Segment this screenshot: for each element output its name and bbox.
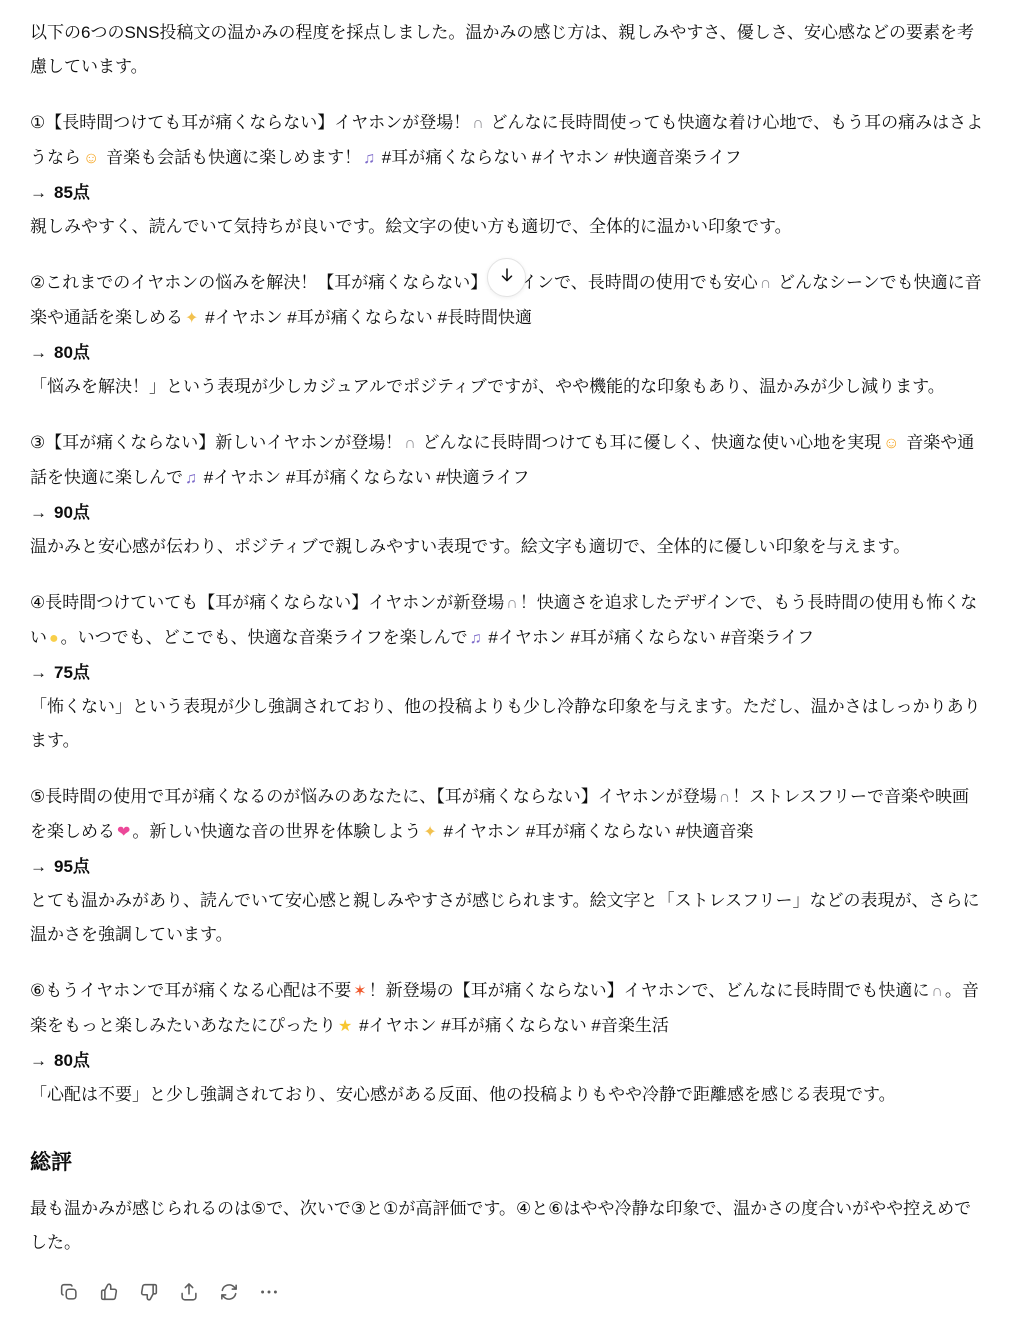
summary-heading: 総評 (30, 1148, 985, 1178)
assistant-message: 以下の6つのSNS投稿文の温かみの程度を採点しました。温かみの感じ方は、親しみや… (0, 0, 1012, 1326)
arrow: → (30, 1051, 47, 1070)
intro-paragraph: 以下の6つのSNS投稿文の温かみの程度を採点しました。温かみの感じ方は、親しみや… (30, 16, 985, 84)
copy-button[interactable] (52, 1276, 86, 1308)
thumbs-down-icon (138, 1281, 160, 1303)
post-evaluation-section-3: ③【耳が痛くならない】新しいイヤホンが登場！∩ どんなに長時間つけても耳に優しく… (30, 426, 985, 564)
share-icon (178, 1281, 200, 1303)
score-line: →85点 (30, 176, 985, 210)
post-evaluation-section-6: ⑥もうイヤホンで耳が痛くなる心配は不要✶！新登場の【耳が痛くならない】イヤホンで… (30, 974, 985, 1112)
score-value: 95点 (54, 857, 90, 876)
arrow: → (30, 183, 47, 202)
score-comment: 「心配は不要」と少し強調されており、安心感がある反面、他の投稿よりもやや冷静で距… (30, 1078, 985, 1112)
score-value: 85点 (54, 183, 90, 202)
score-line: →90点 (30, 496, 985, 530)
score-line: →75点 (30, 656, 985, 690)
post-text: ⑤長時間の使用で耳が痛くなるのが悩みのあなたに、【耳が痛くならない】イヤホンが登… (30, 780, 985, 850)
score-comment: 温かみと安心感が伝わり、ポジティブで親しみやすい表現です。絵文字も適切で、全体的… (30, 530, 985, 564)
post-text: ③【耳が痛くならない】新しいイヤホンが登場！∩ どんなに長時間つけても耳に優しく… (30, 426, 985, 496)
post-text: ④長時間つけていても【耳が痛くならない】イヤホンが新登場∩！快適さを追求したデザ… (30, 586, 985, 656)
score-line: →80点 (30, 1044, 985, 1078)
post-evaluation-section-1: ①【長時間つけても耳が痛くならない】イヤホンが登場！∩ どんなに長時間使っても快… (30, 106, 985, 244)
summary-text: 最も温かみが感じられるのは⑤で、次いで③と①が高評価です。④と⑥はやや冷静な印象… (30, 1192, 985, 1260)
post-text: ①【長時間つけても耳が痛くならない】イヤホンが登場！∩ どんなに長時間使っても快… (30, 106, 985, 176)
score-value: 80点 (54, 343, 90, 362)
score-value: 90点 (54, 503, 90, 522)
good-response-button[interactable] (92, 1276, 126, 1308)
bad-response-button[interactable] (132, 1276, 166, 1308)
thumbs-up-icon (98, 1281, 120, 1303)
arrow: → (30, 663, 47, 682)
more-actions-button[interactable] (252, 1276, 286, 1308)
message-action-bar (52, 1276, 985, 1326)
scroll-to-bottom-button[interactable] (487, 258, 526, 297)
score-comment: 親しみやすく、読んでいて気持ちが良いです。絵文字の使い方も適切で、全体的に温かい… (30, 210, 985, 244)
arrow: → (30, 503, 47, 522)
share-button[interactable] (172, 1276, 206, 1308)
arrow: → (30, 343, 47, 362)
score-comment: とても温かみがあり、読んでいて安心感と親しみやすさが感じられます。絵文字と「スト… (30, 884, 985, 952)
score-line: →95点 (30, 850, 985, 884)
post-evaluation-section-5: ⑤長時間の使用で耳が痛くなるのが悩みのあなたに、【耳が痛くならない】イヤホンが登… (30, 780, 985, 952)
score-line: →80点 (30, 336, 985, 370)
regenerate-button[interactable] (212, 1276, 246, 1308)
score-comment: 「怖くない」という表現が少し強調されており、他の投稿よりも少し冷静な印象を与えま… (30, 690, 985, 758)
post-evaluation-section-4: ④長時間つけていても【耳が痛くならない】イヤホンが新登場∩！快適さを追求したデザ… (30, 586, 985, 758)
down-arrow-icon (498, 266, 516, 289)
copy-icon (58, 1281, 80, 1303)
post-text: ⑥もうイヤホンで耳が痛くなる心配は不要✶！新登場の【耳が痛くならない】イヤホンで… (30, 974, 985, 1044)
score-value: 80点 (54, 1051, 90, 1070)
arrow: → (30, 857, 47, 876)
more-icon (258, 1281, 280, 1303)
score-value: 75点 (54, 663, 90, 682)
score-comment: 「悩みを解決！」という表現が少しカジュアルでポジティブですが、やや機能的な印象も… (30, 370, 985, 404)
regenerate-icon (218, 1281, 240, 1303)
